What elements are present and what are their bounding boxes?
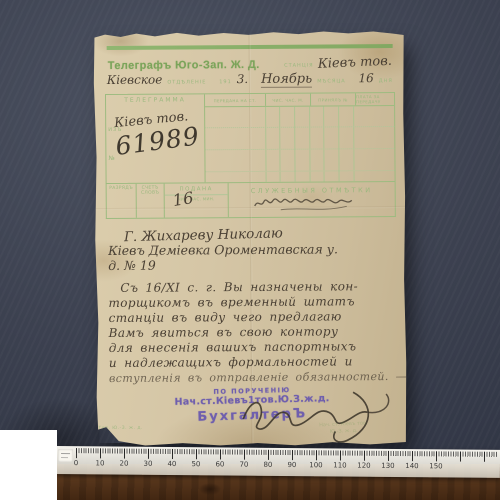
column-header: передана на ст.	[205, 94, 266, 106]
form-title: Телеграфъ Юго-Зап. Ж. Д.	[108, 59, 260, 72]
ruler-number: 130	[378, 462, 398, 470]
branch-label: отдѣленіе	[167, 79, 206, 85]
ruler-number: 140	[402, 462, 422, 470]
dispatch-row: Разрядъ Счетъ словъ ПОДАНА чис. час. мин…	[106, 182, 396, 219]
day-label: дня	[379, 78, 393, 84]
podana-value-handwritten: 16	[171, 188, 195, 210]
ruler-number: 50	[186, 460, 206, 468]
ruler-number: 110	[330, 461, 350, 469]
column-header: принялъ №	[311, 93, 356, 105]
message-paragraph: Съ 16/ХІ с. г. Вы назначены кон- торщико…	[108, 279, 395, 386]
ruler-number: 10	[90, 459, 110, 467]
ruler-number: 0	[66, 459, 86, 467]
ruler-number: 70	[234, 461, 254, 469]
number-label: №	[108, 155, 115, 162]
station-value-handwritten: Кіевъ тов.	[317, 54, 392, 72]
message-line: торщикомъ въ временный штатъ	[108, 294, 394, 311]
ruler-number: 80	[258, 461, 278, 469]
telegram-label-cell: ТЕЛЕГРАММА Изъ Кіевъ тов. № 61989	[106, 94, 206, 183]
measuring-ruler: 0 10 20 30 40 50 60 70 80 90 100 110 120…	[56, 446, 500, 478]
service-marks-cell: СЛУЖЕБНЫЯ ОТМѢТКИ	[229, 182, 395, 217]
podana-cell: ПОДАНА чис. час. мин. 16	[165, 183, 229, 217]
telegram-table: ТЕЛЕГРАММА Изъ Кіевъ тов. № 61989 переда…	[105, 92, 396, 184]
word-count-cell: Счетъ словъ	[137, 184, 165, 218]
column-header: плата за передачу	[356, 93, 394, 105]
message-body: Г. Жихареву Николаю Кіевъ Деміевка Ороме…	[106, 226, 397, 386]
white-background-corner	[0, 430, 57, 500]
address-line: д. № 19	[108, 256, 394, 273]
razryad-cell: Разрядъ	[107, 184, 137, 218]
ruler-number: 150	[426, 462, 446, 470]
station-field: Станція Кіевъ тов.	[284, 55, 392, 71]
telegram-label: ТЕЛЕГРАММА	[106, 96, 204, 104]
ruler-number: 40	[162, 460, 182, 468]
ruler-number: 90	[282, 461, 302, 469]
month-handwritten: Ноябрь	[261, 72, 312, 88]
faint-green-stamp: Нач. ст. Кіевъ тов. Ю.-З. ж. д.	[319, 420, 368, 436]
telegram-form-paper: Телеграфъ Юго-Зап. Ж. Д. Станція Кіевъ т…	[93, 31, 408, 447]
telegram-grid-header: передана на ст. чис. час. м. принялъ № п…	[205, 93, 394, 107]
day-handwritten: 16	[358, 71, 373, 85]
station-label: Станція	[284, 63, 314, 69]
branch-value-handwritten: Кіевское	[107, 73, 163, 87]
month-label: мѣсяца	[317, 78, 345, 84]
service-marks-scribble	[251, 193, 363, 214]
ruler-number: 30	[138, 460, 158, 468]
telegram-grid: передана на ст. чис. час. м. принялъ № п…	[205, 93, 395, 182]
column-header: чис. час. м.	[266, 94, 311, 106]
telegram-grid-body	[205, 106, 395, 182]
ruler-number: 20	[114, 460, 134, 468]
year-printed: 191	[219, 79, 232, 85]
ruler-number: 120	[354, 462, 374, 470]
year-handwritten: 3.	[237, 72, 249, 86]
ruler-number: 100	[306, 461, 326, 469]
address-block: Г. Жихареву Николаю Кіевъ Деміевка Ороме…	[108, 226, 394, 273]
ink-signature	[235, 380, 405, 447]
ruler-number: 60	[210, 460, 230, 468]
